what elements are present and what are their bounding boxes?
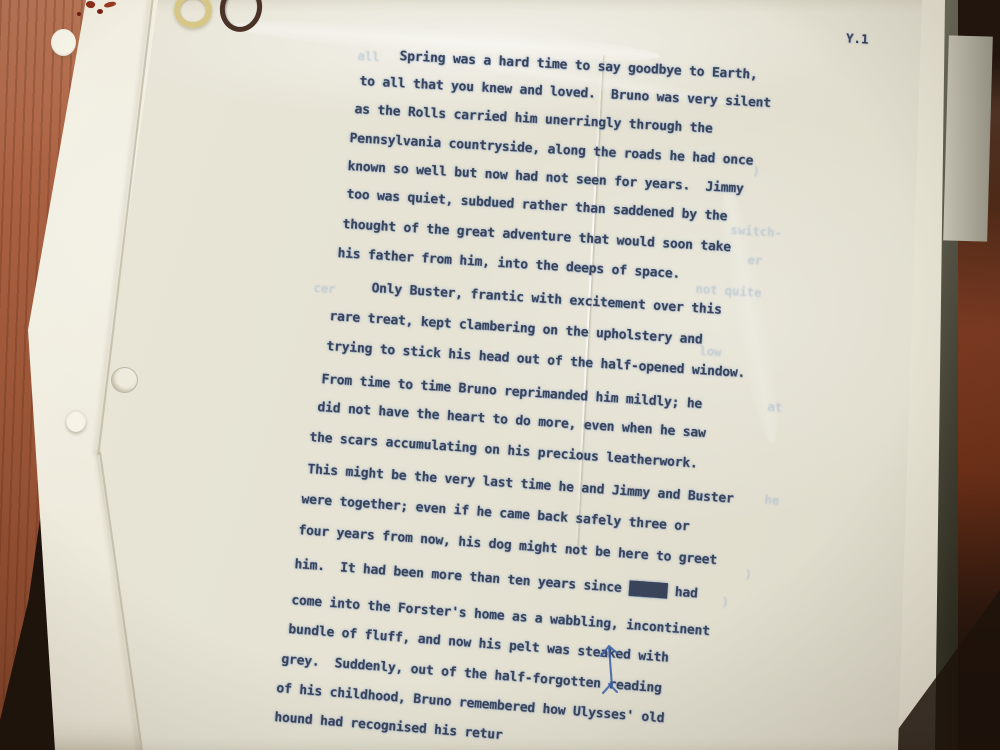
bleed-through-fragment: cer <box>313 280 336 296</box>
bleed-through-fragment: er <box>747 252 763 268</box>
page-number: Y.1 <box>846 30 869 46</box>
ink-stain <box>77 12 81 16</box>
bleed-through-fragment: at <box>767 399 783 415</box>
bleed-through-fragment: all <box>357 48 380 64</box>
bleed-through-fragment: low <box>699 343 722 359</box>
ink-stain <box>97 9 103 14</box>
insertion-caret-icon <box>596 637 626 695</box>
punch-hole <box>51 29 76 56</box>
punch-hole <box>111 367 138 393</box>
bleed-through-fragment: ) <box>752 163 760 178</box>
photo-of-typescript-page: all)switch-ernot quitecerlowathe)) Sprin… <box>0 0 1000 750</box>
bleed-through-fragment: ) <box>721 594 729 609</box>
punch-hole <box>66 410 86 432</box>
bleed-through-fragment: ) <box>744 566 752 581</box>
bleed-through-fragment: switch- <box>730 222 782 240</box>
paper-edge-right <box>943 35 993 241</box>
bleed-through-fragment: he <box>764 492 780 508</box>
